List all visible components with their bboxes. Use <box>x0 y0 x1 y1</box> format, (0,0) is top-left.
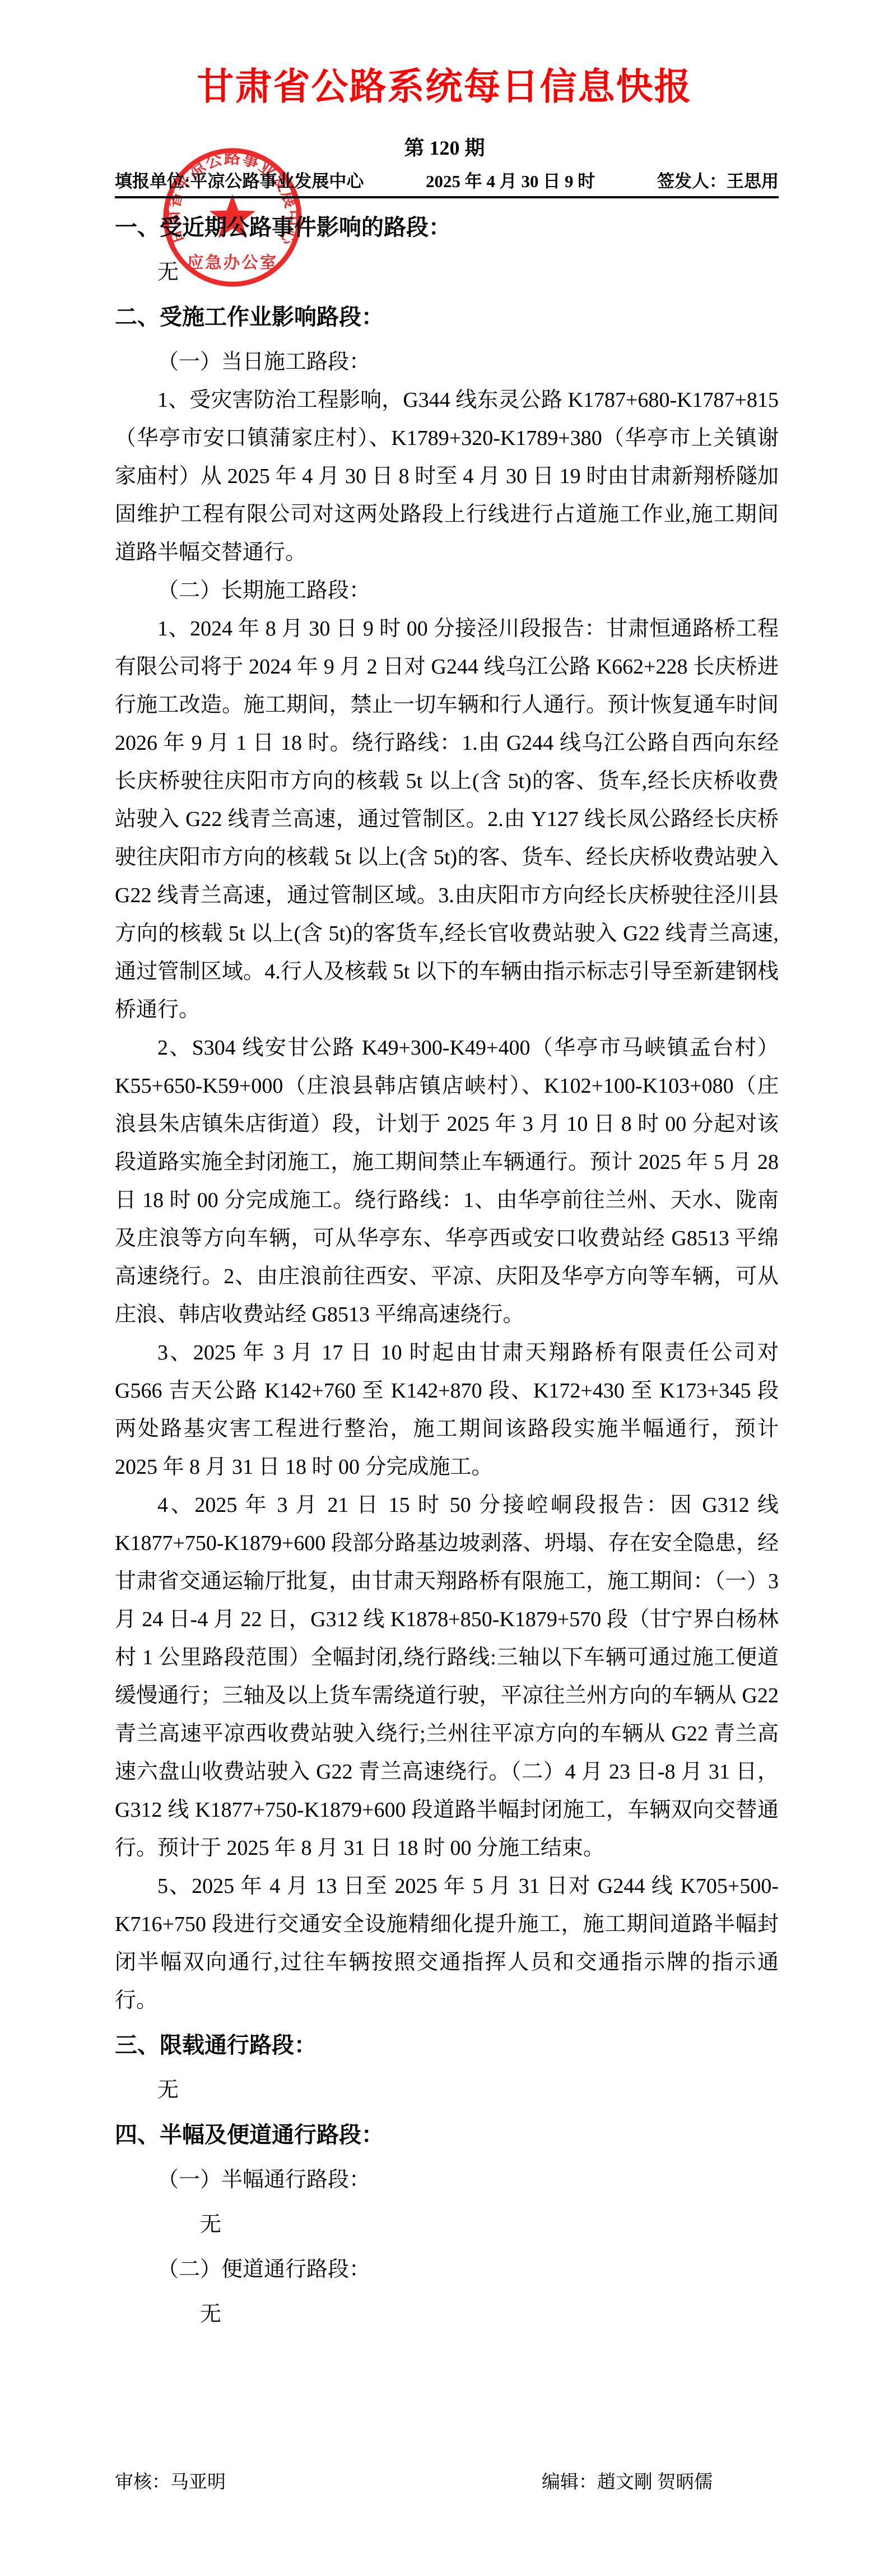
page-title: 甘肃省公路系统每日信息快报 <box>0 67 889 108</box>
meta-row: 填报单位:平凉公路事业发展中心 2025 年 4 月 30 日 9 时 签发人：… <box>115 171 779 198</box>
editor-credit: 编辑：趙文剛 贺昞儒 <box>542 2470 713 2495</box>
reporting-unit: 填报单位:平凉公路事业发展中心 <box>115 171 364 192</box>
section-heading-1: 一、受近期公路事件影响的路段： <box>115 208 779 247</box>
paragraph: 4、2025 年 3 月 21 日 15 时 50 分接崆峒段报告：因 G312… <box>115 1486 779 1867</box>
paragraph: 1、受灾害防治工程影响，G344 线东灵公路 K1787+680-K1787+8… <box>115 381 779 572</box>
none-item: 无 <box>115 253 779 291</box>
section-heading-3: 三、限载通行路段： <box>115 2026 779 2064</box>
sub-heading: （二）便道通行路段： <box>115 2250 779 2289</box>
sub-heading: （一）当日施工路段： <box>115 343 779 381</box>
report-datetime: 2025 年 4 月 30 日 9 时 <box>426 171 595 192</box>
none-item: 无 <box>115 2206 779 2244</box>
section-heading-4: 四、半幅及便道通行路段： <box>115 2116 779 2154</box>
paragraph: 3、2025 年 3 月 17 日 10 时起由甘肃天翔路桥有限责任公司对 G5… <box>115 1334 779 1486</box>
none-item: 无 <box>115 2071 779 2109</box>
paragraph: 1、2024 年 8 月 30 日 9 时 00 分接泾川段报告：甘肃恒通路桥工… <box>115 610 779 1029</box>
document-page: 甘肃省公路系统每日信息快报 第 120 期 填报单位:平凉公路事业发展中心 20… <box>0 0 889 2576</box>
document-body: 一、受近期公路事件影响的路段： 无 二、受施工作业影响路段： （一）当日施工路段… <box>115 198 779 2333</box>
paragraph: 2、S304 线安甘公路 K49+300-K49+400（华亭市马峡镇孟台村）K… <box>115 1029 779 1334</box>
paragraph: 5、2025 年 4 月 13 日至 2025 年 5 月 31 日对 G244… <box>115 1867 779 2020</box>
section-heading-2: 二、受施工作业影响路段： <box>115 298 779 336</box>
reviewer-credit: 审核：马亚明 <box>115 2470 226 2495</box>
none-item: 无 <box>115 2295 779 2333</box>
issue-number: 第 120 期 <box>0 137 889 159</box>
signer-name: 签发人：王思用 <box>657 171 779 192</box>
sub-heading: （一）半幅通行路段： <box>115 2161 779 2199</box>
sub-heading: （二）长期施工路段： <box>115 572 779 610</box>
